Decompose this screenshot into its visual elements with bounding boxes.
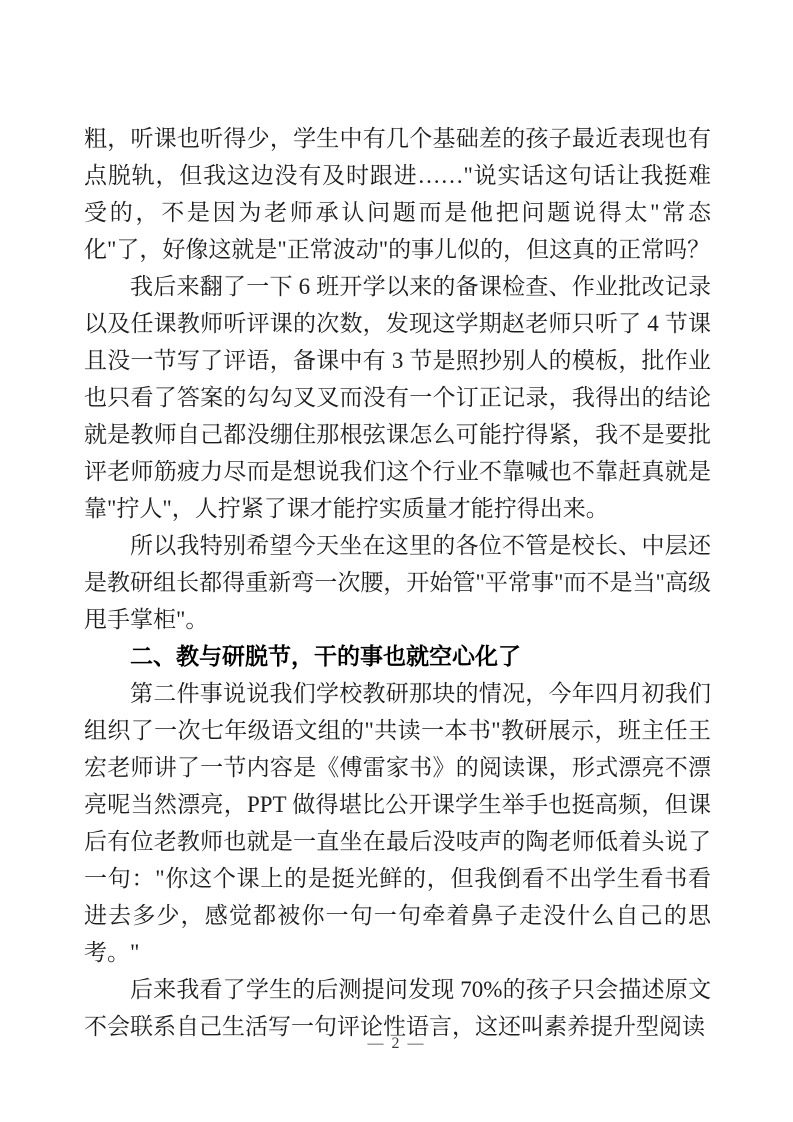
paragraph: 第二件事说说我们学校教研那块的情况，今年四月初我们组织了一次七年级语文组的"共读…: [84, 675, 711, 971]
paragraph: 所以我特别希望今天坐在这里的各位不管是校长、中层还是教研组长都得重新弯一次腰，开…: [84, 527, 711, 638]
document-body: 粗，听课也听得少，学生中有几个基础差的孩子最近表现也有点脱轨，但我这边没有及时跟…: [84, 120, 711, 1045]
page-number: — 2 —: [0, 1032, 793, 1056]
section-heading: 二、教与研脱节，干的事也就空心化了: [84, 638, 711, 675]
paragraph: 粗，听课也听得少，学生中有几个基础差的孩子最近表现也有点脱轨，但我这边没有及时跟…: [84, 120, 711, 268]
document-page: 粗，听课也听得少，学生中有几个基础差的孩子最近表现也有点脱轨，但我这边没有及时跟…: [0, 0, 793, 1122]
paragraph: 我后来翻了一下 6 班开学以来的备课检查、作业批改记录以及任课教师听评课的次数，…: [84, 268, 711, 527]
